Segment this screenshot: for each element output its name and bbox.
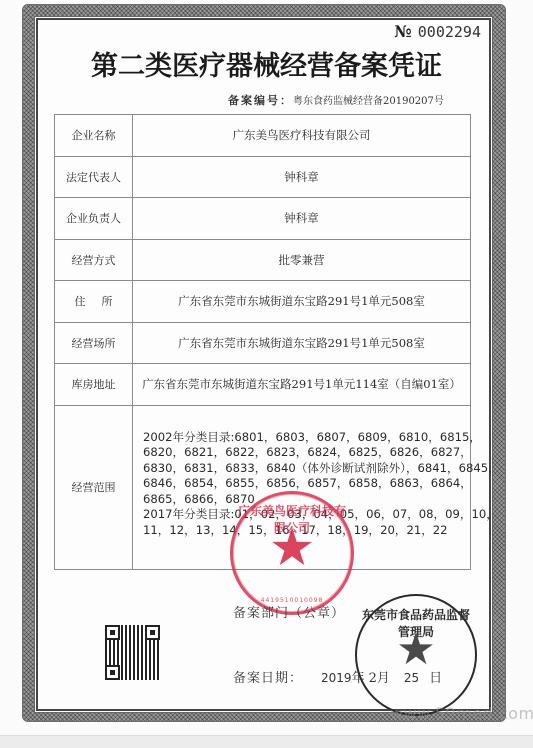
certificate-page: №0002294 第二类医疗器械经营备案凭证 备案编号：粤东食药监械经营备201… [0, 0, 533, 735]
star-icon: ★ [233, 522, 351, 574]
table-row: 库房地址 广东省东莞市东城街道东宝路291号1单元114室（自编01室） [55, 364, 471, 406]
serial-number-value: 0002294 [418, 23, 481, 41]
label-business-mode: 经营方式 [55, 239, 133, 281]
company-seal: 广东美鸟医疗科技有限公司 ★ 4419510010098 [230, 491, 354, 615]
department-label: 备案部门（公章） [233, 602, 345, 621]
qr-finder-icon [105, 665, 120, 680]
value-business-mode: 批零兼营 [133, 239, 471, 281]
record-number-label: 备案编号： [228, 94, 293, 107]
qr-code-icon [105, 625, 160, 680]
value-legal-representative: 钟科章 [133, 156, 471, 198]
scope-line: 2002年分类目录:6801，6803，6807，6809，6810，6815， [143, 430, 466, 446]
watermark: www.59med.com [390, 704, 533, 723]
label-domicile: 住所 [55, 281, 133, 323]
table-row: 经营场所 广东省东莞市东城街道东宝路291号1单元508室 [55, 322, 471, 364]
label-business-premises: 经营场所 [55, 322, 133, 364]
government-seal: 东莞市食品药品监督管理局 ★ [355, 594, 477, 716]
value-domicile: 广东省东莞市东城街道东宝路291号1单元508室 [133, 281, 471, 323]
scope-line: 6830，6831，6833，6840（体外诊断试剂除外），6841，6845， [143, 461, 466, 477]
scope-line: 6820，6821，6822，6823，6824，6825，6826，6827， [143, 445, 466, 461]
table-row: 企业负责人 钟科章 [55, 198, 471, 240]
table-row: 经营方式 批零兼营 [55, 239, 471, 281]
record-number: 备案编号：粤东食药监械经营备20190207号 [228, 92, 444, 108]
label-warehouse-address: 库房地址 [55, 364, 133, 406]
label-business-scope: 经营范围 [55, 405, 133, 569]
star-icon: ★ [357, 628, 475, 672]
label-person-in-charge: 企业负责人 [55, 198, 133, 240]
viewer-bottom-strip [0, 735, 533, 748]
qr-finder-icon [105, 625, 120, 640]
scope-line: 6846，6854，6855，6856，6857，6858，6863，6864， [143, 476, 466, 492]
value-warehouse-address: 广东省东莞市东城街道东宝路291号1单元114室（自编01室） [133, 364, 471, 406]
table-row: 住所 广东省东莞市东城街道东宝路291号1单元508室 [55, 281, 471, 323]
record-number-value: 粤东食药监械经营备20190207号 [293, 96, 444, 107]
label-company-name: 企业名称 [55, 115, 133, 157]
certificate-title: 第二类医疗器械经营备案凭证 [0, 44, 533, 83]
value-business-premises: 广东省东莞市东城街道东宝路291号1单元508室 [133, 322, 471, 364]
table-row: 企业名称 广东美鸟医疗科技有限公司 [55, 115, 471, 157]
record-date-year: 2019 [321, 671, 352, 685]
value-company-name: 广东美鸟医疗科技有限公司 [133, 115, 471, 157]
serial-number: №0002294 [394, 22, 481, 41]
record-date-label: 备案日期： [233, 671, 303, 686]
table-row: 法定代表人 钟科章 [55, 156, 471, 198]
qr-finder-icon [145, 625, 160, 640]
label-legal-representative: 法定代表人 [55, 156, 133, 198]
value-person-in-charge: 钟科章 [133, 198, 471, 240]
serial-mark: № [394, 22, 411, 41]
